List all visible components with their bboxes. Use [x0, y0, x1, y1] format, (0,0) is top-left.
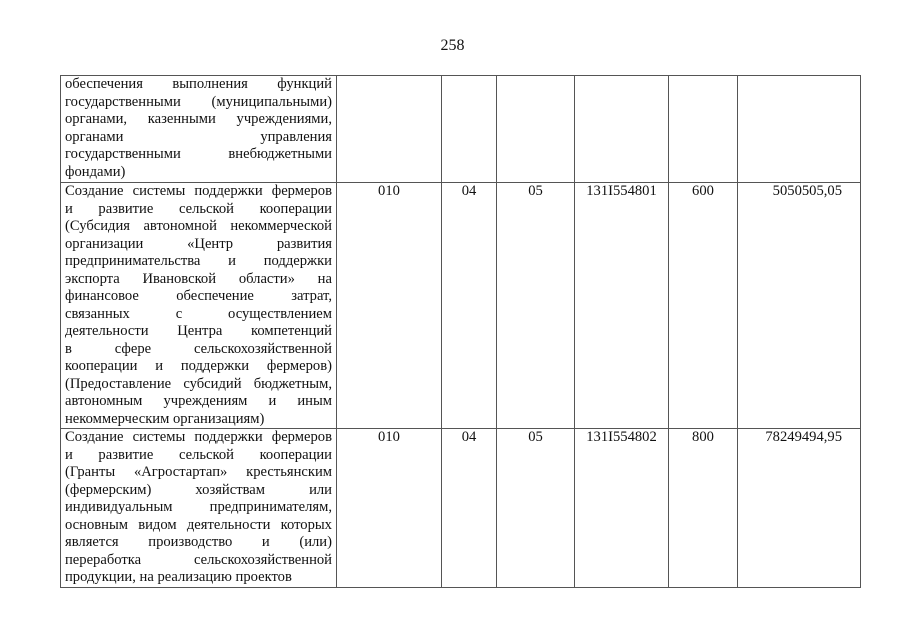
subsection-cell: 05: [497, 429, 575, 588]
target-article-cell: 131I554802: [575, 429, 669, 588]
amount-cell: 5050505,05: [738, 183, 861, 429]
subsection-code: 05: [497, 183, 574, 201]
admin-code: 010: [337, 429, 441, 447]
expense-name-cell: Созданиесистемыподдержкифермеровиразвити…: [61, 429, 337, 588]
expense-name-line: иразвитиесельскойкооперации: [65, 201, 332, 219]
admin-code-cell: 010: [337, 429, 442, 588]
expense-name-line: финансовоеобеспечениезатрат,: [65, 288, 332, 306]
expense-name-line: органами,казеннымиучреждениями,: [65, 111, 332, 129]
expense-name-line: органамиуправления: [65, 129, 332, 147]
subsection-cell: [497, 76, 575, 183]
section-code: 04: [442, 183, 496, 201]
expense-name-line: всфересельскохозяйственной: [65, 341, 332, 359]
expense-name-line: связанныхсосуществлением: [65, 306, 332, 324]
budget-table: обеспечениявыполненияфункцийгосударствен…: [60, 75, 861, 588]
section-cell: 04: [442, 183, 497, 429]
subsection-cell: 05: [497, 183, 575, 429]
expense-name-line: кооперациииподдержкифермеров): [65, 358, 332, 376]
admin-code-cell: 010: [337, 183, 442, 429]
expense-name-line: (Гранты«Агростартап»крестьянским: [65, 464, 332, 482]
expense-name-line: экспортаИвановскойобласти»на: [65, 271, 332, 289]
admin-code-cell: [337, 76, 442, 183]
expense-name-line: Созданиесистемыподдержкифермеров: [65, 183, 332, 201]
expense-name-line: переработкасельскохозяйственной: [65, 552, 332, 570]
expense-name-cell: обеспечениявыполненияфункцийгосударствен…: [61, 76, 337, 183]
amount-value: 78249494,95: [738, 429, 842, 447]
table-row: Созданиесистемыподдержкифермеровиразвити…: [61, 183, 861, 429]
expense-name-line: (Предоставлениесубсидийбюджетным,: [65, 376, 332, 394]
expense-name-line: индивидуальнымпредпринимателям,: [65, 499, 332, 517]
expense-name-line: (Субсидияавтономнойнекоммерческой: [65, 218, 332, 236]
expense-name-line: автономнымучреждениямииным: [65, 393, 332, 411]
table-row: обеспечениявыполненияфункцийгосударствен…: [61, 76, 861, 183]
expense-name-line: государственными(муниципальными): [65, 94, 332, 112]
amount-value: 5050505,05: [738, 183, 842, 201]
expense-name-line: Созданиесистемыподдержкифермеров: [65, 429, 332, 447]
target-article-code: 131I554802: [575, 429, 668, 447]
expense-name-line: являетсяпроизводствои(или): [65, 534, 332, 552]
target-article-cell: [575, 76, 669, 183]
expense-name-line: фондами): [65, 164, 332, 182]
expense-name-line: продукции, на реализацию проектов: [65, 569, 332, 587]
section-cell: 04: [442, 429, 497, 588]
expense-type-cell: [669, 76, 738, 183]
expense-name-line: (фермерским)хозяйствамили: [65, 482, 332, 500]
expense-type-code: 800: [669, 429, 737, 447]
expense-name-line: некоммерческим организациям): [65, 411, 332, 429]
expense-name-line: обеспечениявыполненияфункций: [65, 76, 332, 94]
expense-name-cell: Созданиесистемыподдержкифермеровиразвити…: [61, 183, 337, 429]
expense-name-line: деятельностиЦентракомпетенций: [65, 323, 332, 341]
table-row: Созданиесистемыподдержкифермеровиразвити…: [61, 429, 861, 588]
section-code: 04: [442, 429, 496, 447]
expense-name-line: организации«Центрразвития: [65, 236, 332, 254]
target-article-cell: 131I554801: [575, 183, 669, 429]
amount-cell: 78249494,95: [738, 429, 861, 588]
admin-code: 010: [337, 183, 441, 201]
section-cell: [442, 76, 497, 183]
page-number: 258: [0, 36, 905, 56]
expense-name-line: иразвитиесельскойкооперации: [65, 447, 332, 465]
expense-name-line: предпринимательстваиподдержки: [65, 253, 332, 271]
subsection-code: 05: [497, 429, 574, 447]
target-article-code: 131I554801: [575, 183, 668, 201]
expense-name-line: основнымвидомдеятельностикоторых: [65, 517, 332, 535]
expense-name-line: государственнымивнебюджетными: [65, 146, 332, 164]
expense-type-cell: 600: [669, 183, 738, 429]
expense-type-cell: 800: [669, 429, 738, 588]
amount-cell: [738, 76, 861, 183]
expense-type-code: 600: [669, 183, 737, 201]
